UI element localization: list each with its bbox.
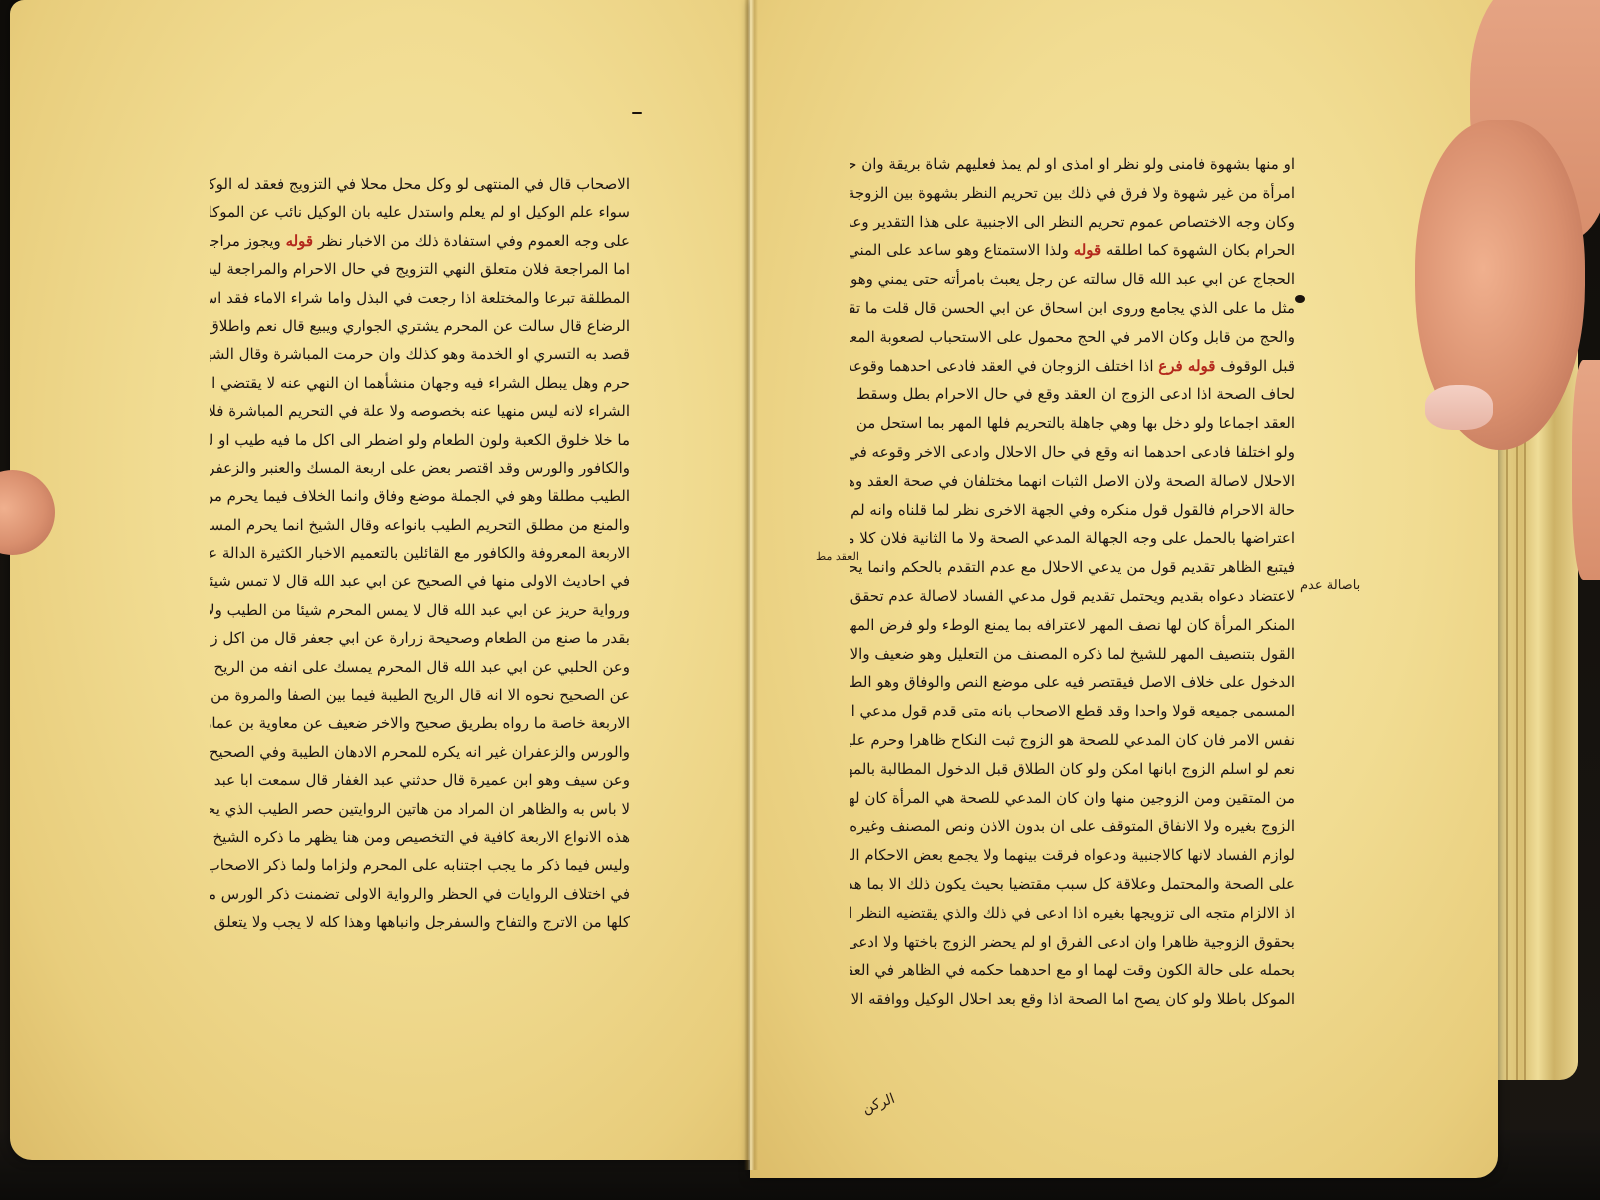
manuscript-line: نفس الامر فان كان المدعي للصحة هو الزوج …	[850, 726, 1295, 755]
manuscript-line: كلها من الاترج والتفاح والسفرجل وانباهها…	[210, 908, 630, 936]
manuscript-line: الشراء لانه ليس منهيا عنه بخصوصه ولا علة…	[210, 397, 630, 425]
manuscript-line: ورواية حريز عن ابي عبد الله قال لا يمس ا…	[210, 596, 630, 624]
manuscript-line: لوازم الفساد لانها كالاجنبية ودعواه فرقت…	[850, 841, 1295, 870]
manuscript-line: الدخول على خلاف الاصل فيقتصر فيه على موض…	[850, 668, 1295, 697]
manuscript-line: حرم وهل يبطل الشراء فيه وجهان منشأهما ان…	[210, 369, 630, 397]
ink-blot	[1295, 295, 1305, 303]
right-page-text: او منها بشهوة فامنى ولو نظر او امذى او ل…	[850, 150, 1295, 1014]
manuscript-line: اما المراجعة فلان متعلق النهي التزويج في…	[210, 255, 630, 283]
manuscript-line: وعن الحلبي عن ابي عبد الله قال المحرم يم…	[210, 653, 630, 681]
rubric-word: قوله	[286, 232, 314, 250]
manuscript-line: هذه الانواع الاربعة كافية في التخصيص ومن…	[210, 823, 630, 851]
manuscript-line: اعتراضها بالحمل على وجه الجهالة المدعي ا…	[850, 524, 1295, 553]
manuscript-line: المنكر المرأة كان لها نصف المهر لاعترافه…	[850, 611, 1295, 640]
manuscript-line: حالة الاحرام فالقول قول منكره وفي الجهة …	[850, 496, 1295, 525]
rubric-word: قوله فرع	[1158, 357, 1215, 375]
manuscript-line: والحج من قابل وكان الامر في الحج محمول ع…	[850, 323, 1295, 352]
manuscript-line: لا باس به والظاهر ان المراد من هاتين الر…	[210, 795, 630, 823]
manuscript-line: الاربعة خاصة ما رواه بطريق صحيح والاخر ض…	[210, 709, 630, 737]
manuscript-line: الحرام بكان الشهوة كما اطلقه قوله ولذا ا…	[850, 236, 1295, 265]
margin-note: باصالة عدم	[1300, 578, 1360, 593]
manuscript-line: وليس فيما ذكر ما يجب اجتنابه على المحرم …	[210, 851, 630, 879]
left-page-text: الاصحاب قال في المنتهى لو وكل محل محلا ف…	[210, 170, 630, 937]
manuscript-line: مثل ما على الذي يجامع وروى ابن اسحاق عن …	[850, 294, 1295, 323]
manuscript-line: امرأة من غير شهوة ولا فرق في ذلك بين تحر…	[850, 179, 1295, 208]
manuscript-line: قصد به التسري او الخدمة وهو كذلك وان حرم…	[210, 340, 630, 368]
manuscript-line: نعم لو اسلم الزوج ابانها امكن ولو كان ال…	[850, 755, 1295, 784]
manuscript-line: وعن سيف وهو ابن عميرة قال حدثني عبد الغف…	[210, 766, 630, 794]
manuscript-line: الموكل باطلا ولو كان يصح اما الصحة اذا و…	[850, 985, 1295, 1014]
manuscript-line: القول بتنصيف المهر للشيخ لما ذكره المصنف…	[850, 640, 1295, 669]
manuscript-line: اذ الالزام متجه الى تزويجها بغيره اذا اد…	[850, 899, 1295, 928]
manuscript-line: الرضاع قال سالت عن المحرم يشتري الجواري …	[210, 312, 630, 340]
manuscript-line: وكان وجه الاختصاص عموم تحريم النظر الى ا…	[850, 208, 1295, 237]
manuscript-line: لاعتضاد دعواه بقديم ويحتمل تقديم قول مدع…	[850, 582, 1295, 611]
manuscript-line: سواء علم الوكيل او لم يعلم واستدل عليه ب…	[210, 198, 630, 226]
thumbnail	[1425, 385, 1493, 430]
book-gutter	[744, 0, 758, 1170]
manuscript-line: الحجاج عن ابي عبد الله قال سالته عن رجل …	[850, 265, 1295, 294]
manuscript-line: في اختلاف الروايات في الحظر والرواية الا…	[210, 880, 630, 908]
manuscript-line: العقد اجماعا ولو دخل بها وهي جاهلة بالتح…	[850, 409, 1295, 438]
manuscript-line: لحاف الصحة اذا ادعى الزوج ان العقد وقع ف…	[850, 380, 1295, 409]
manuscript-line: على وجه العموم وفي استفادة ذلك من الاخبا…	[210, 227, 630, 255]
manuscript-line: عن الصحيح نحوه الا انه قال الريح الطيبة …	[210, 681, 630, 709]
right-finger	[1572, 360, 1600, 580]
manuscript-line: والورس والزعفران غير انه يكره للمحرم الا…	[210, 738, 630, 766]
manuscript-line: الزوج بغيره ولا الانفاق المتوقف على ان ب…	[850, 812, 1295, 841]
manuscript-line: والكافور والورس وقد اقتصر بعض على اربعة …	[210, 454, 630, 482]
manuscript-line: الاحلال لاصالة الصحة ولان الاصل الثبات ا…	[850, 467, 1295, 496]
manuscript-line: او منها بشهوة فامنى ولو نظر او امذى او ل…	[850, 150, 1295, 179]
manuscript-line: قبل الوقوف قوله فرع اذا اختلف الزوجان في…	[850, 352, 1295, 381]
manuscript-line: الطيب مطلقا وهو في الجملة موضع وفاق وانم…	[210, 482, 630, 510]
manuscript-line: والمنع من مطلق التحريم الطيب بانواعه وقا…	[210, 511, 630, 539]
manuscript-line: بحقوق الزوجية ظاهرا وان ادعى الفرق او لم…	[850, 928, 1295, 957]
ink-mark	[632, 112, 642, 114]
rubric-word: قوله	[1074, 241, 1102, 259]
manuscript-line: ولو اختلفا فادعى احدهما انه وقع في حال ا…	[850, 438, 1295, 467]
manuscript-line: من المتقين ومن الزوجين منها وان كان المد…	[850, 784, 1295, 813]
manuscript-line: ما خلا خلوق الكعبة ولون الطعام ولو اضطر …	[210, 426, 630, 454]
manuscript-line: على الصحة والمحتمل وعلاقة كل سبب مقتضيا …	[850, 870, 1295, 899]
manuscript-line: الاصحاب قال في المنتهى لو وكل محل محلا ف…	[210, 170, 630, 198]
manuscript-line: الاربعة المعروفة والكافور مع القائلين با…	[210, 539, 630, 567]
manuscript-line: المطلقة تبرعا والمختلعة اذا رجعت في البذ…	[210, 284, 630, 312]
manuscript-line: بقدر ما صنع من الطعام وصحيحة زرارة عن اب…	[210, 624, 630, 652]
manuscript-line: فيتبع الظاهر تقديم قول من يدعي الاحلال م…	[850, 553, 1295, 582]
manuscript-line: المسمى جميعه قولا واحدا وقد قطع الاصحاب …	[850, 697, 1295, 726]
manuscript-line: بحمله على حالة الكون وقت لهما او مع احده…	[850, 956, 1295, 985]
margin-note-2: العقد مط	[816, 550, 859, 563]
manuscript-line: في احاديث الاولى منها في الصحيح عن ابي ع…	[210, 567, 630, 595]
